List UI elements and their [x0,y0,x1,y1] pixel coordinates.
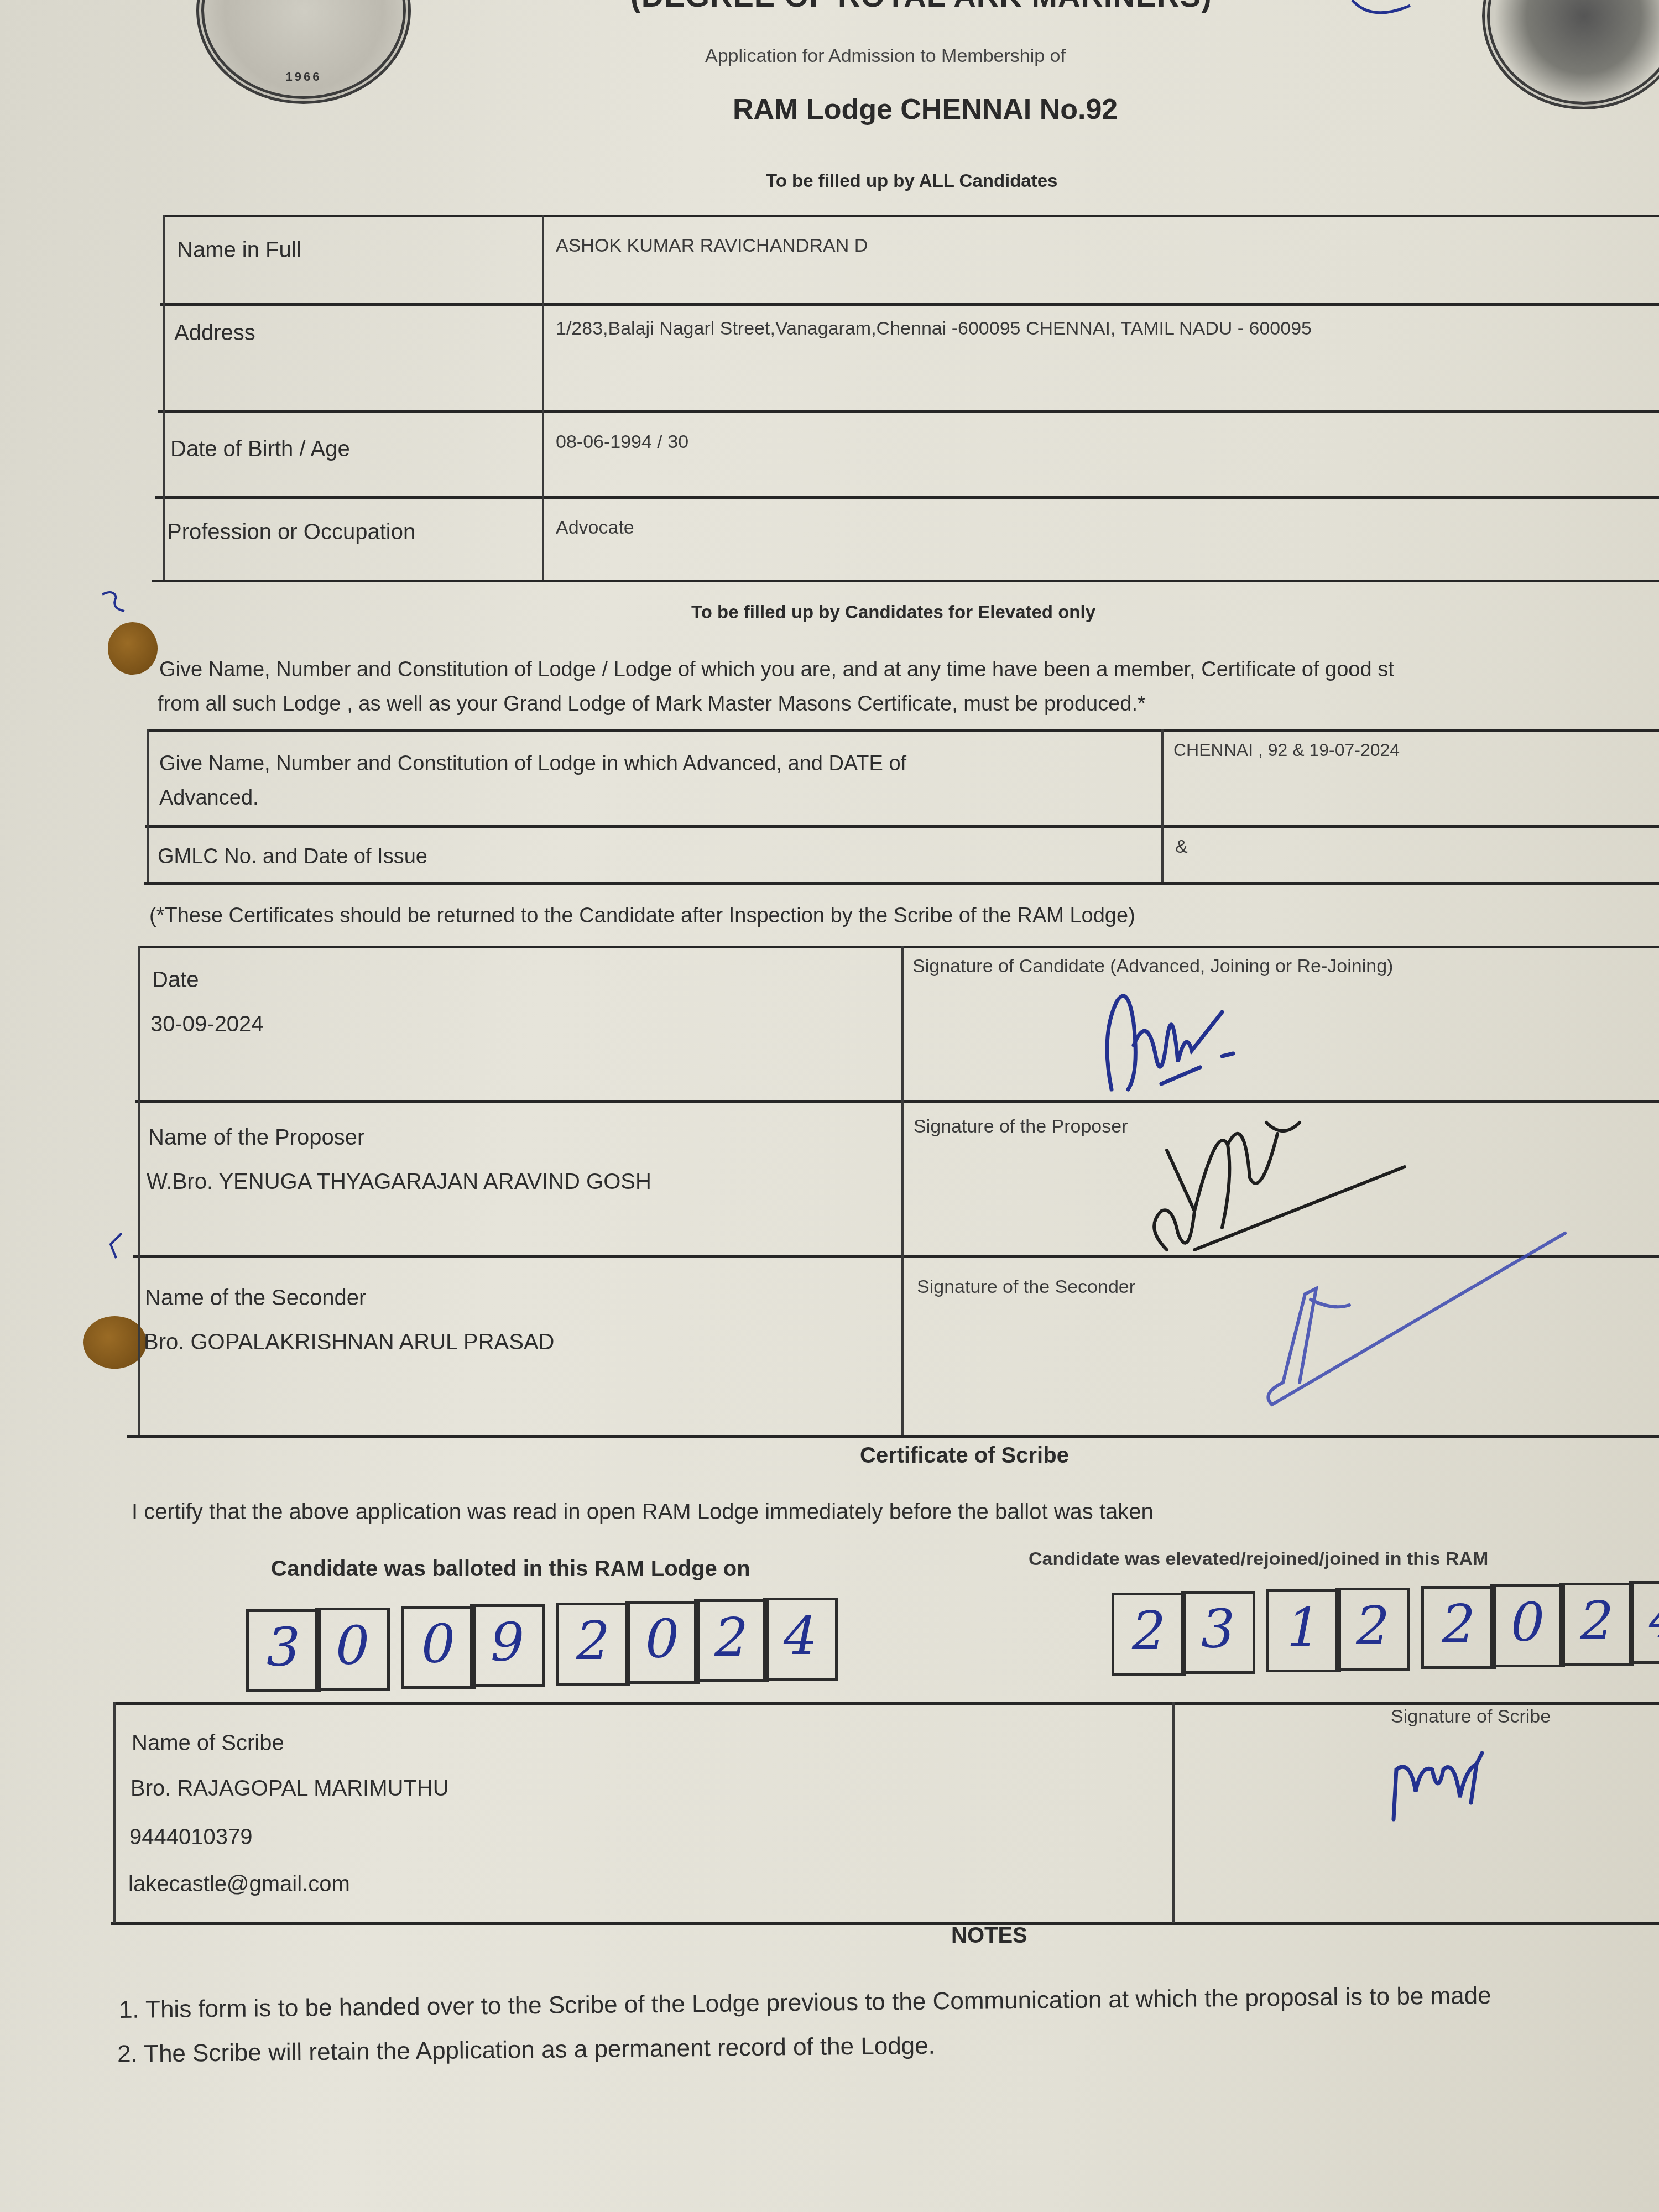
scribe-phone: 9444010379 [129,1825,252,1850]
pen-tick-mark [97,586,130,619]
pen-tick-mark-2 [105,1230,127,1264]
balloted-digit: 0 [404,1613,473,1675]
elevated-digit: 2 [1424,1593,1493,1655]
label-advanced-lodge-2: Advanced. [159,786,259,810]
elevated-digit-box: 2 [1421,1586,1496,1669]
elevated-digit-box: 2 [1335,1588,1410,1671]
scribe-name: Bro. RAJAGOPAL MARIMUTHU [131,1776,449,1801]
label-dob-age: Date of Birth / Age [170,437,350,462]
balloted-digit: 9 [473,1611,542,1673]
seconder-name: Bro. GOPALAKRISHNAN ARUL PRASAD [144,1330,554,1355]
elevated-digit-box: 2 [1112,1593,1186,1676]
degree-heading: (DEGREE OF ROYAL ARK MARINERS) [630,0,1212,14]
elevated-digit: 1 [1269,1597,1338,1658]
note-1: 1. This form is to be handed over to the… [119,1982,1491,2024]
notes-title: NOTES [951,1923,1027,1948]
label-name-in-full: Name in Full [177,238,301,263]
label-profession: Profession or Occupation [167,520,415,545]
seal-year: 1966 [204,70,403,84]
punch-hole-stain-lower [83,1316,147,1369]
balloted-digit-box: 0 [625,1601,700,1684]
balloted-digit: 0 [318,1615,387,1677]
elevated-date-label: Candidate was elevated/rejoined/joined i… [1029,1548,1488,1570]
scribe-email[interactable]: lakecastle@gmail.com [128,1872,350,1897]
balloted-digit: 4 [766,1605,835,1667]
scribe-name-label: Name of Scribe [132,1731,284,1756]
proposer-signature-label: Signature of the Proposer [914,1116,1128,1138]
elevated-digit: 4 [1631,1588,1659,1650]
balloted-digit: 0 [628,1608,697,1670]
elevated-digit: 3 [1183,1598,1253,1660]
balloted-digit: 2 [697,1606,766,1668]
grand-lodge-seal-left: 1966 [196,0,411,104]
elevated-digit: 0 [1493,1592,1562,1653]
elevated-digit: 2 [1562,1590,1631,1652]
label-address: Address [174,321,255,346]
value-advanced-lodge: CHENNAI , 92 & 19-07-2024 [1173,740,1400,760]
seconder-signature-label: Signature of the Seconder [917,1276,1135,1298]
elevated-digit: 2 [1338,1595,1407,1657]
value-profession: Advocate [556,517,634,539]
value-dob-age: 08-06-1994 / 30 [556,431,688,453]
note-2: 2. The Scribe will retain the Applicatio… [117,2032,935,2068]
scribe-signature [1383,1747,1548,1836]
elevated-instruction-1: Give Name, Number and Constitution of Lo… [159,658,1394,682]
lodge-seal-right [1482,0,1659,109]
balloted-digit-box: 0 [315,1608,390,1691]
pen-mark-top [1349,0,1416,22]
scribe-statement: I certify that the above application was… [132,1500,1154,1525]
section-all-candidates: To be filled up by ALL Candidates [766,170,1057,191]
value-address: 1/283,Balaji Nagarl Street,Vanagaram,Che… [556,318,1312,340]
punch-hole-stain-upper [108,622,158,675]
balloted-digit-box: 4 [763,1598,838,1681]
certificates-footnote: (*These Certificates should be returned … [149,904,1135,928]
candidate-signature-label: Signature of Candidate (Advanced, Joinin… [912,956,1393,977]
balloted-digit-box: 9 [470,1604,545,1687]
balloted-digit: 3 [249,1616,318,1678]
application-subtitle: Application for Admission to Membership … [705,45,1066,67]
proposer-name: W.Bro. YENUGA THYAGARAJAN ARAVIND GOSH [147,1170,651,1194]
balloted-digit-box: 3 [246,1609,321,1692]
scribe-certificate-title: Certificate of Scribe [860,1443,1069,1468]
lodge-title: RAM Lodge CHENNAI No.92 [733,93,1118,126]
elevated-instruction-2: from all such Lodge , as well as your Gr… [158,692,1146,716]
candidate-signature [1095,979,1294,1112]
value-name-in-full: ASHOK KUMAR RAVICHANDRAN D [556,235,868,257]
elevated-digit-box: 4 [1629,1581,1659,1664]
elevated-digit: 2 [1114,1600,1183,1662]
section-elevated-only: To be filled up by Candidates for Elevat… [691,602,1095,623]
elevated-digit-box: 1 [1266,1589,1341,1672]
seconder-label: Name of the Seconder [145,1286,366,1311]
date-value: 30-09-2024 [150,1012,264,1037]
elevated-digit-box: 3 [1181,1591,1255,1674]
date-label: Date [152,968,199,993]
label-advanced-lodge: Give Name, Number and Constitution of Lo… [159,752,906,776]
proposer-label: Name of the Proposer [148,1125,364,1150]
elevated-digit-box: 2 [1559,1583,1634,1666]
balloted-digit-box: 2 [556,1603,630,1686]
elevated-digit-box: 0 [1490,1584,1565,1667]
value-gmlc: & [1175,836,1188,858]
balloted-label: Candidate was balloted in this RAM Lodge… [271,1557,750,1582]
balloted-digit-box: 2 [694,1599,769,1682]
balloted-digit: 2 [559,1610,628,1672]
label-gmlc: GMLC No. and Date of Issue [158,845,427,869]
scribe-signature-label: Signature of Scribe [1391,1706,1551,1728]
balloted-digit-box: 0 [401,1606,476,1689]
seconder-signature [1206,1217,1593,1427]
